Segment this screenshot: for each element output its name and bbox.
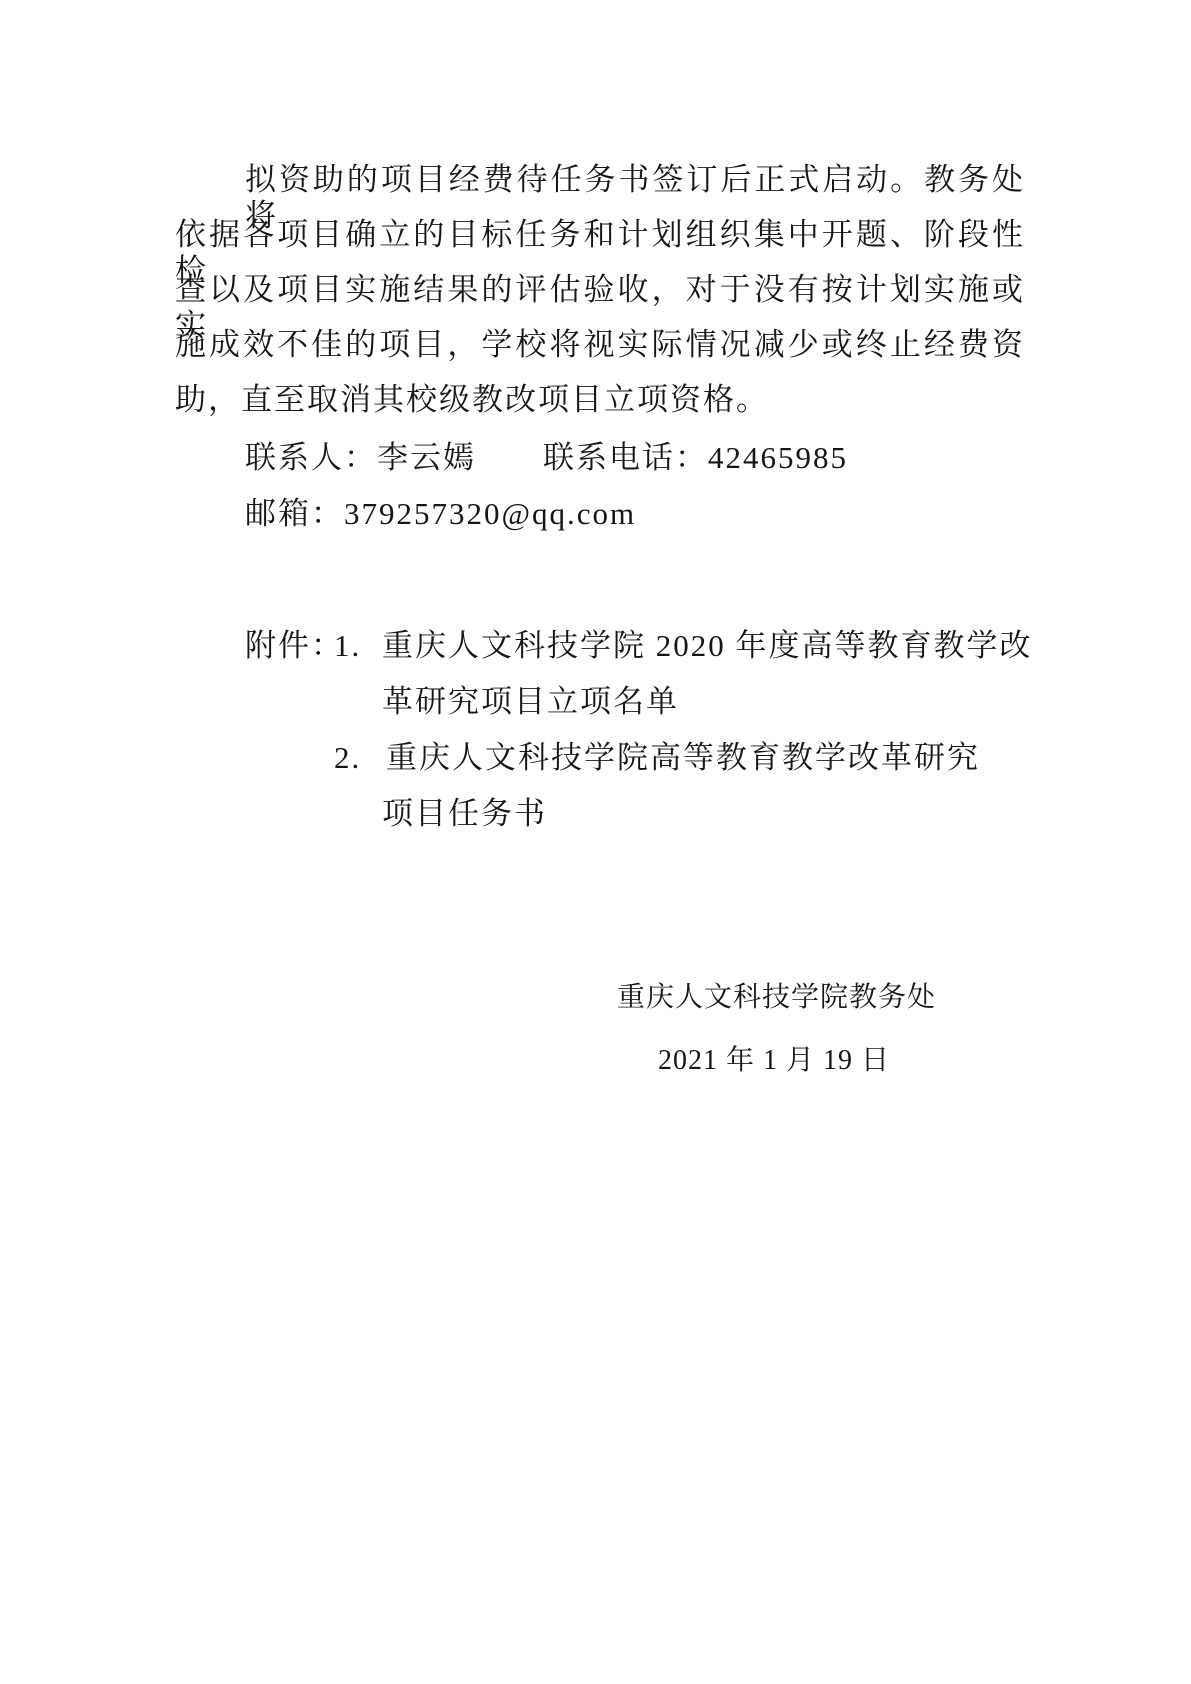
attachment-2-number: 2. bbox=[334, 740, 361, 776]
attachments-label: 附件： bbox=[245, 628, 344, 664]
contact-line: 联系人：李云嫣联系电话：42465985 bbox=[245, 440, 848, 476]
paragraph-line-5: 助，直至取消其校级教改项目立项资格。 bbox=[175, 382, 769, 418]
attachment-2-title-line-1: 重庆人文科技学院高等教育教学改革研究 bbox=[386, 740, 980, 776]
attachment-1-number: 1. bbox=[334, 628, 361, 664]
signature-organization: 重庆人文科技学院教务处 bbox=[617, 980, 936, 1016]
attachment-1-title-line-1: 重庆人文科技学院 2020 年度高等教育教学改 bbox=[382, 628, 1033, 664]
attachment-2-title-line-2: 项目任务书 bbox=[382, 796, 547, 832]
contact-email: 邮箱：379257320@qq.com bbox=[245, 496, 636, 532]
contact-person: 联系人：李云嫣 bbox=[245, 440, 476, 475]
document-page: 拟资助的项目经费待任务书签订后正式启动。教务处将 依据各项目确立的目标任务和计划… bbox=[0, 0, 1191, 1684]
attachment-1-title-line-2: 革研究项目立项名单 bbox=[382, 684, 679, 720]
signature-date: 2021 年 1 月 19 日 bbox=[658, 1043, 890, 1079]
paragraph-line-4: 施成效不佳的项目，学校将视实际情况减少或终止经费资 bbox=[175, 327, 1025, 363]
contact-phone: 联系电话：42465985 bbox=[543, 440, 848, 475]
